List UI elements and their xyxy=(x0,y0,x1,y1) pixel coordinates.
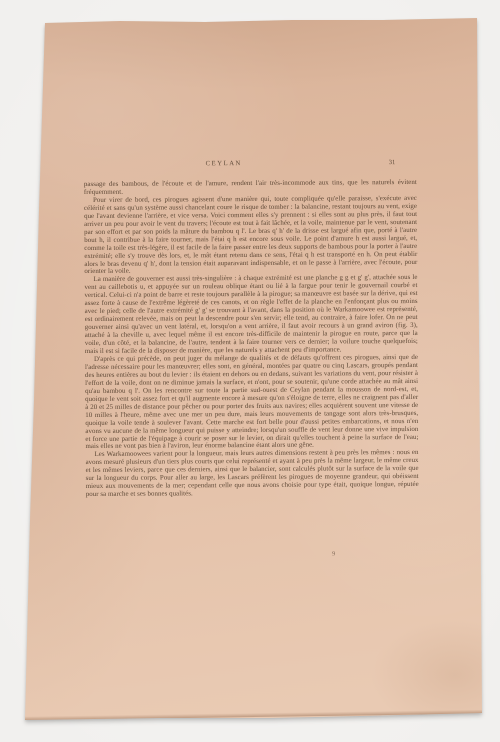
page-content: CEYLAN 31 passage des bambous, de l'écou… xyxy=(0,0,500,742)
running-title: CEYLAN xyxy=(84,159,364,168)
paragraph: Les Warkamoowees varient pour la longueu… xyxy=(85,449,418,499)
photo-backdrop: CEYLAN 31 passage des bambous, de l'écou… xyxy=(0,0,500,742)
running-header: CEYLAN 31 xyxy=(84,159,417,173)
body-text: passage des bambous, de l'écoute et de l… xyxy=(84,179,419,499)
paragraph: Pour virer de bord, ces pirogues agissen… xyxy=(84,195,417,277)
paragraph: La manière de gouverner est aussi très-s… xyxy=(84,274,417,356)
scanned-page: CEYLAN 31 passage des bambous, de l'écou… xyxy=(0,0,500,742)
paragraph: D'après ce qui précède, on peut juger du… xyxy=(85,354,419,451)
signature-mark: 9 xyxy=(332,550,335,557)
paper-sheet: CEYLAN 31 passage des bambous, de l'écou… xyxy=(0,0,500,742)
page-number: 31 xyxy=(389,159,396,166)
